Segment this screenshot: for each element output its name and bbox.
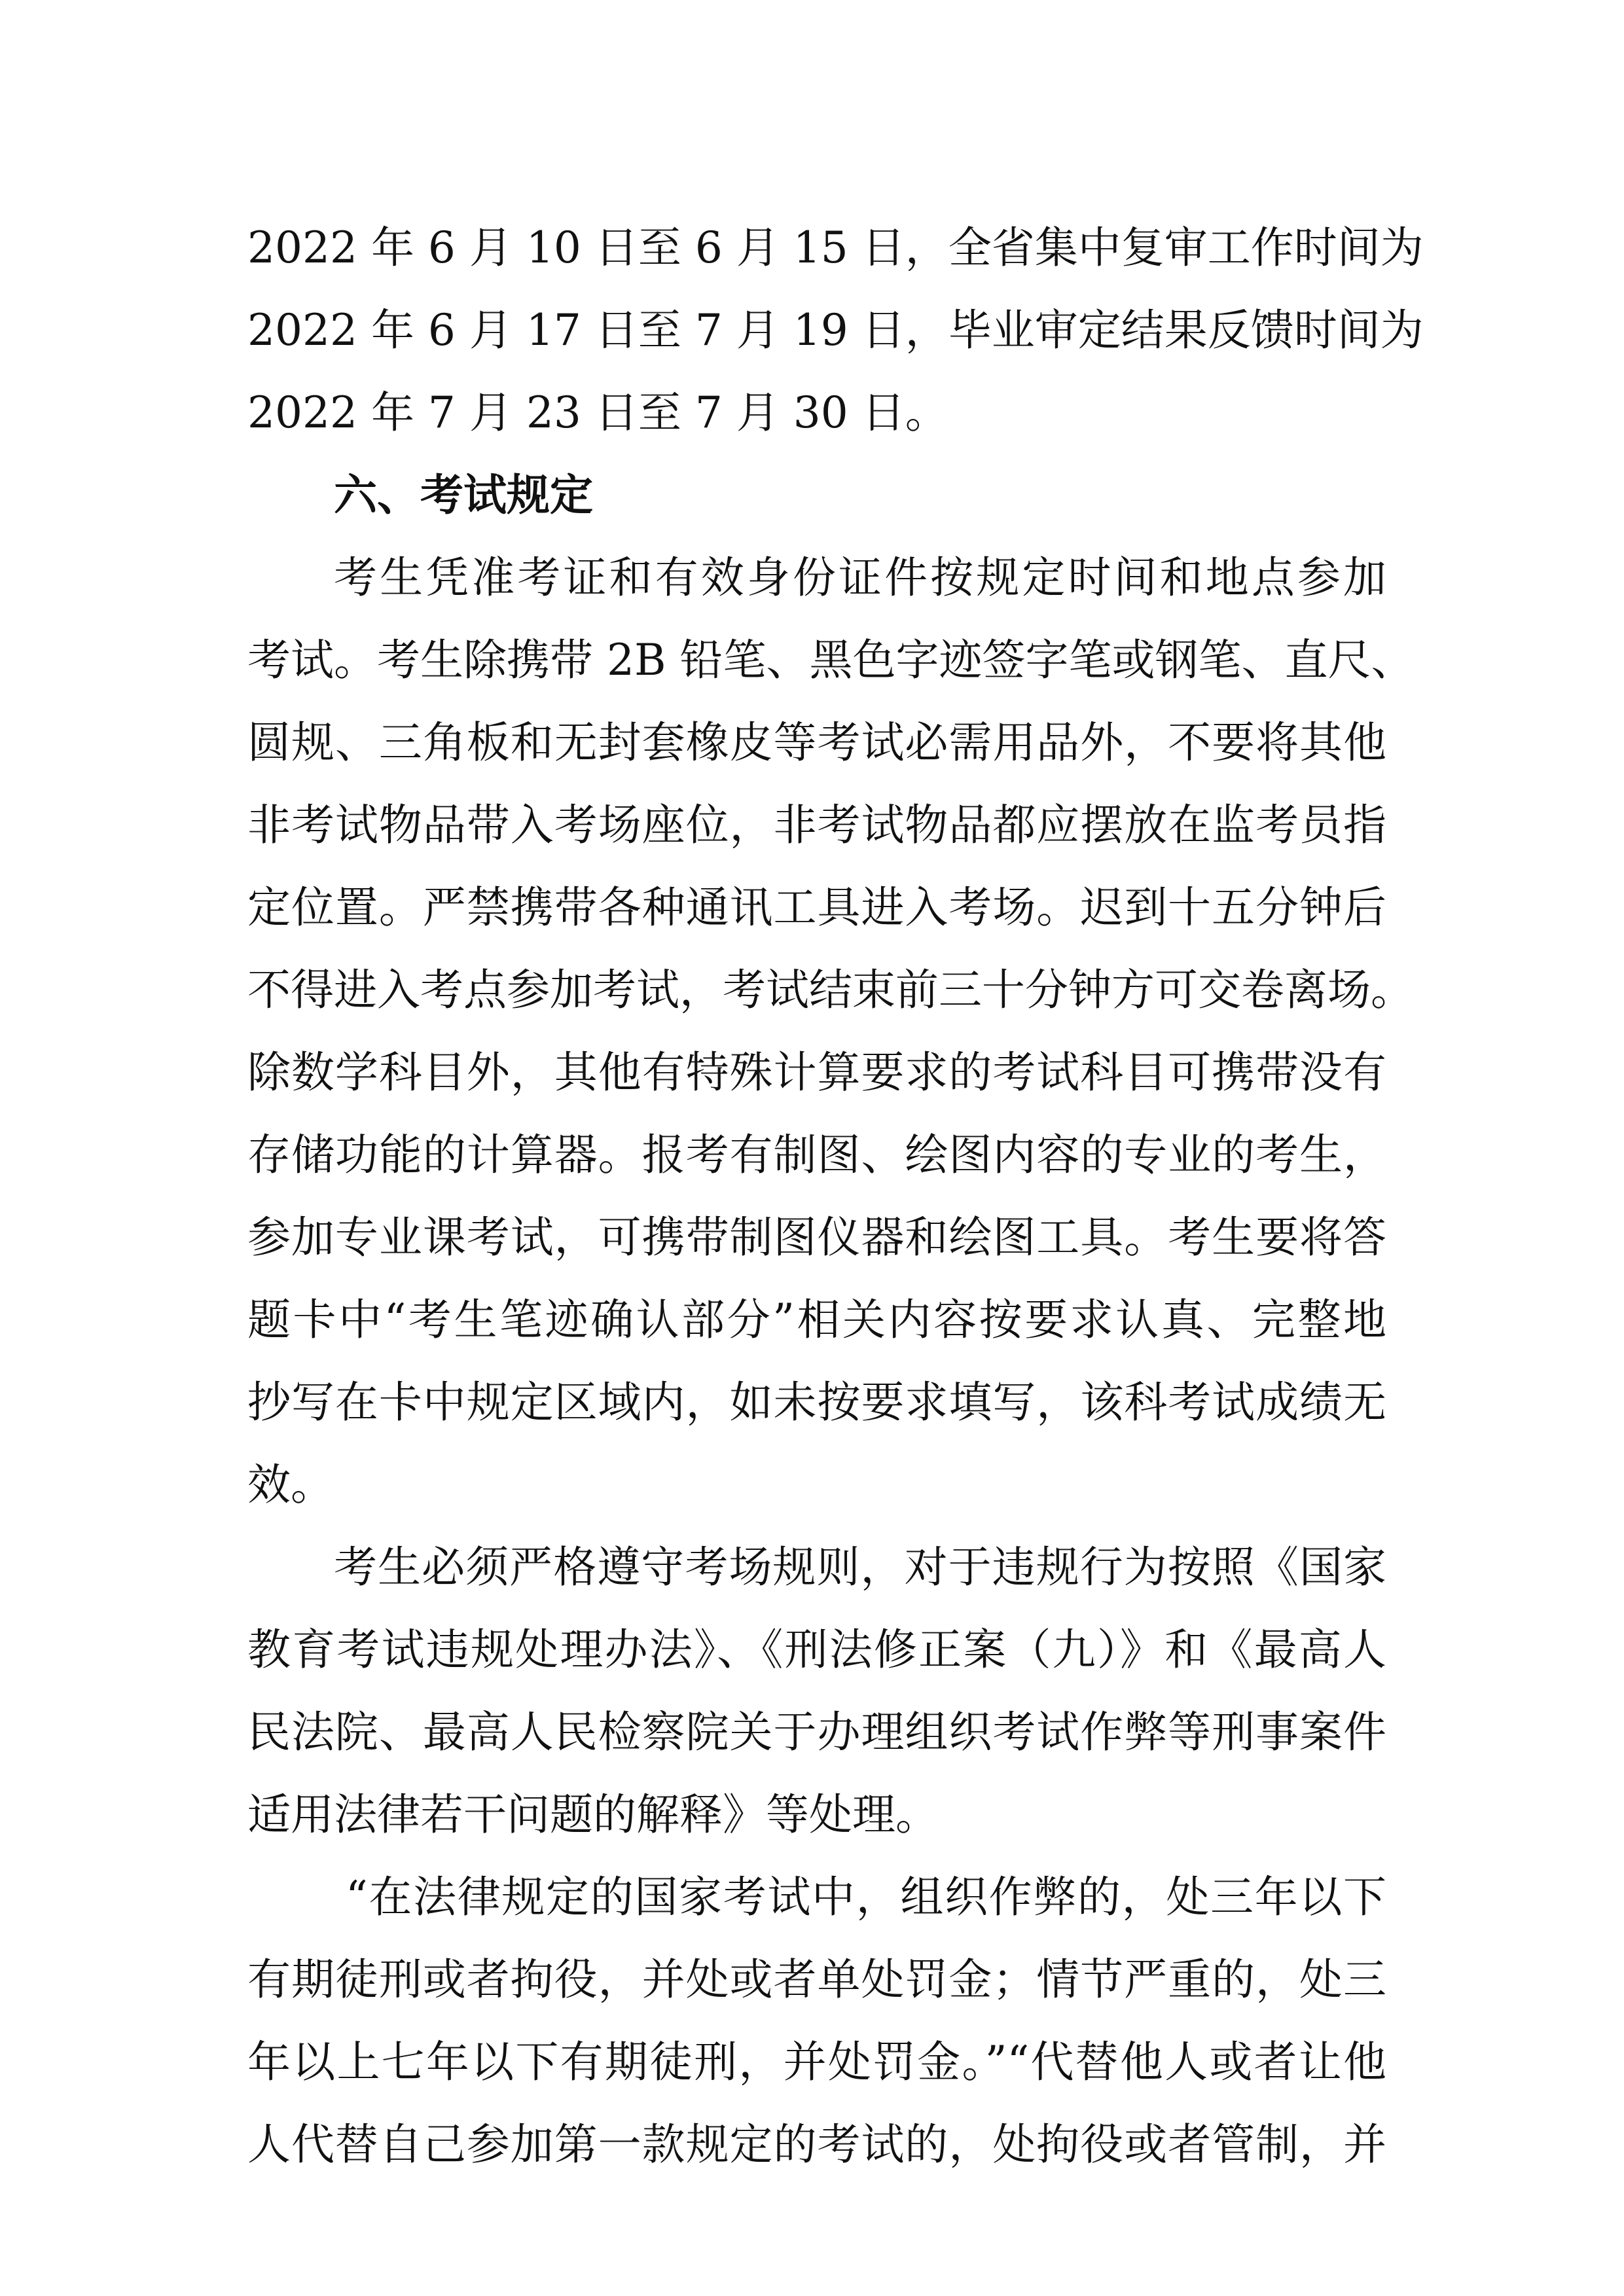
text-line: 效。 <box>247 1444 1386 1526</box>
text-line: 有期徒刑或者拘役，并处或者单处罚金；情节严重的，处三 <box>247 1939 1386 2021</box>
paragraph-exam-rules: 考生必须严格遵守考场规则，对于违规行为按照《国家 教育考试违规处理办法》、《刑法… <box>247 1526 1386 1856</box>
text-line: 抄写在卡中规定区域内，如未按要求填写，该科考试成绩无 <box>247 1361 1386 1444</box>
text-line: 年以上七年以下有期徒刑，并处罚金。”“代替他人或者让他 <box>247 2021 1386 2104</box>
text-line: 不得进入考点参加考试，考试结束前三十分钟方可交卷离场。 <box>247 949 1386 1031</box>
text-line: 考生凭准考证和有效身份证件按规定时间和地点参加 <box>247 537 1386 619</box>
text-line: 除数学科目外，其他有特殊计算要求的考试科目可携带没有 <box>247 1031 1386 1114</box>
text-line: 人代替自己参加第一款规定的考试的，处拘役或者管制，并 <box>247 2104 1386 2186</box>
paragraph-law-quote: “在法律规定的国家考试中，组织作弊的，处三年以下 有期徒刑或者拘役，并处或者单处… <box>247 1856 1386 2186</box>
text-line: 圆规、三角板和无封套橡皮等考试必需用品外，不要将其他 <box>247 702 1386 784</box>
intro-paragraph: 2022 年 6 月 10 日至 6 月 15 日，全省集中复审工作时间为 20… <box>247 207 1386 454</box>
text-line: 2022 年 6 月 10 日至 6 月 15 日，全省集中复审工作时间为 <box>247 207 1386 289</box>
text-line: 非考试物品带入考场座位，非考试物品都应摆放在监考员指 <box>247 784 1386 867</box>
document-page: 2022 年 6 月 10 日至 6 月 15 日，全省集中复审工作时间为 20… <box>247 207 1386 2186</box>
text-line: “在法律规定的国家考试中，组织作弊的，处三年以下 <box>247 1856 1386 1939</box>
text-line: 2022 年 7 月 23 日至 7 月 30 日。 <box>247 372 1386 454</box>
text-line: 参加专业课考试，可携带制图仪器和绘图工具。考生要将答 <box>247 1196 1386 1279</box>
text-line: 教育考试违规处理办法》、《刑法修正案（九）》和《最高人 <box>247 1609 1386 1691</box>
text-line: 民法院、最高人民检察院关于办理组织考试作弊等刑事案件 <box>247 1691 1386 1774</box>
text-line: 题卡中“考生笔迹确认部分”相关内容按要求认真、完整地 <box>247 1279 1386 1361</box>
section-heading: 六、考试规定 <box>247 454 1386 537</box>
text-line: 存储功能的计算器。报考有制图、绘图内容的专业的考生， <box>247 1114 1386 1196</box>
text-line: 2022 年 6 月 17 日至 7 月 19 日，毕业审定结果反馈时间为 <box>247 289 1386 372</box>
text-line: 考试。考生除携带 2B 铅笔、黑色字迹签字笔或钢笔、直尺、 <box>247 619 1386 702</box>
text-line: 适用法律若干问题的解释》等处理。 <box>247 1774 1386 1856</box>
text-line: 定位置。严禁携带各种通讯工具进入考场。迟到十五分钟后 <box>247 867 1386 949</box>
text-line: 考生必须严格遵守考场规则，对于违规行为按照《国家 <box>247 1526 1386 1609</box>
paragraph-exam-items: 考生凭准考证和有效身份证件按规定时间和地点参加 考试。考生除携带 2B 铅笔、黑… <box>247 537 1386 1526</box>
